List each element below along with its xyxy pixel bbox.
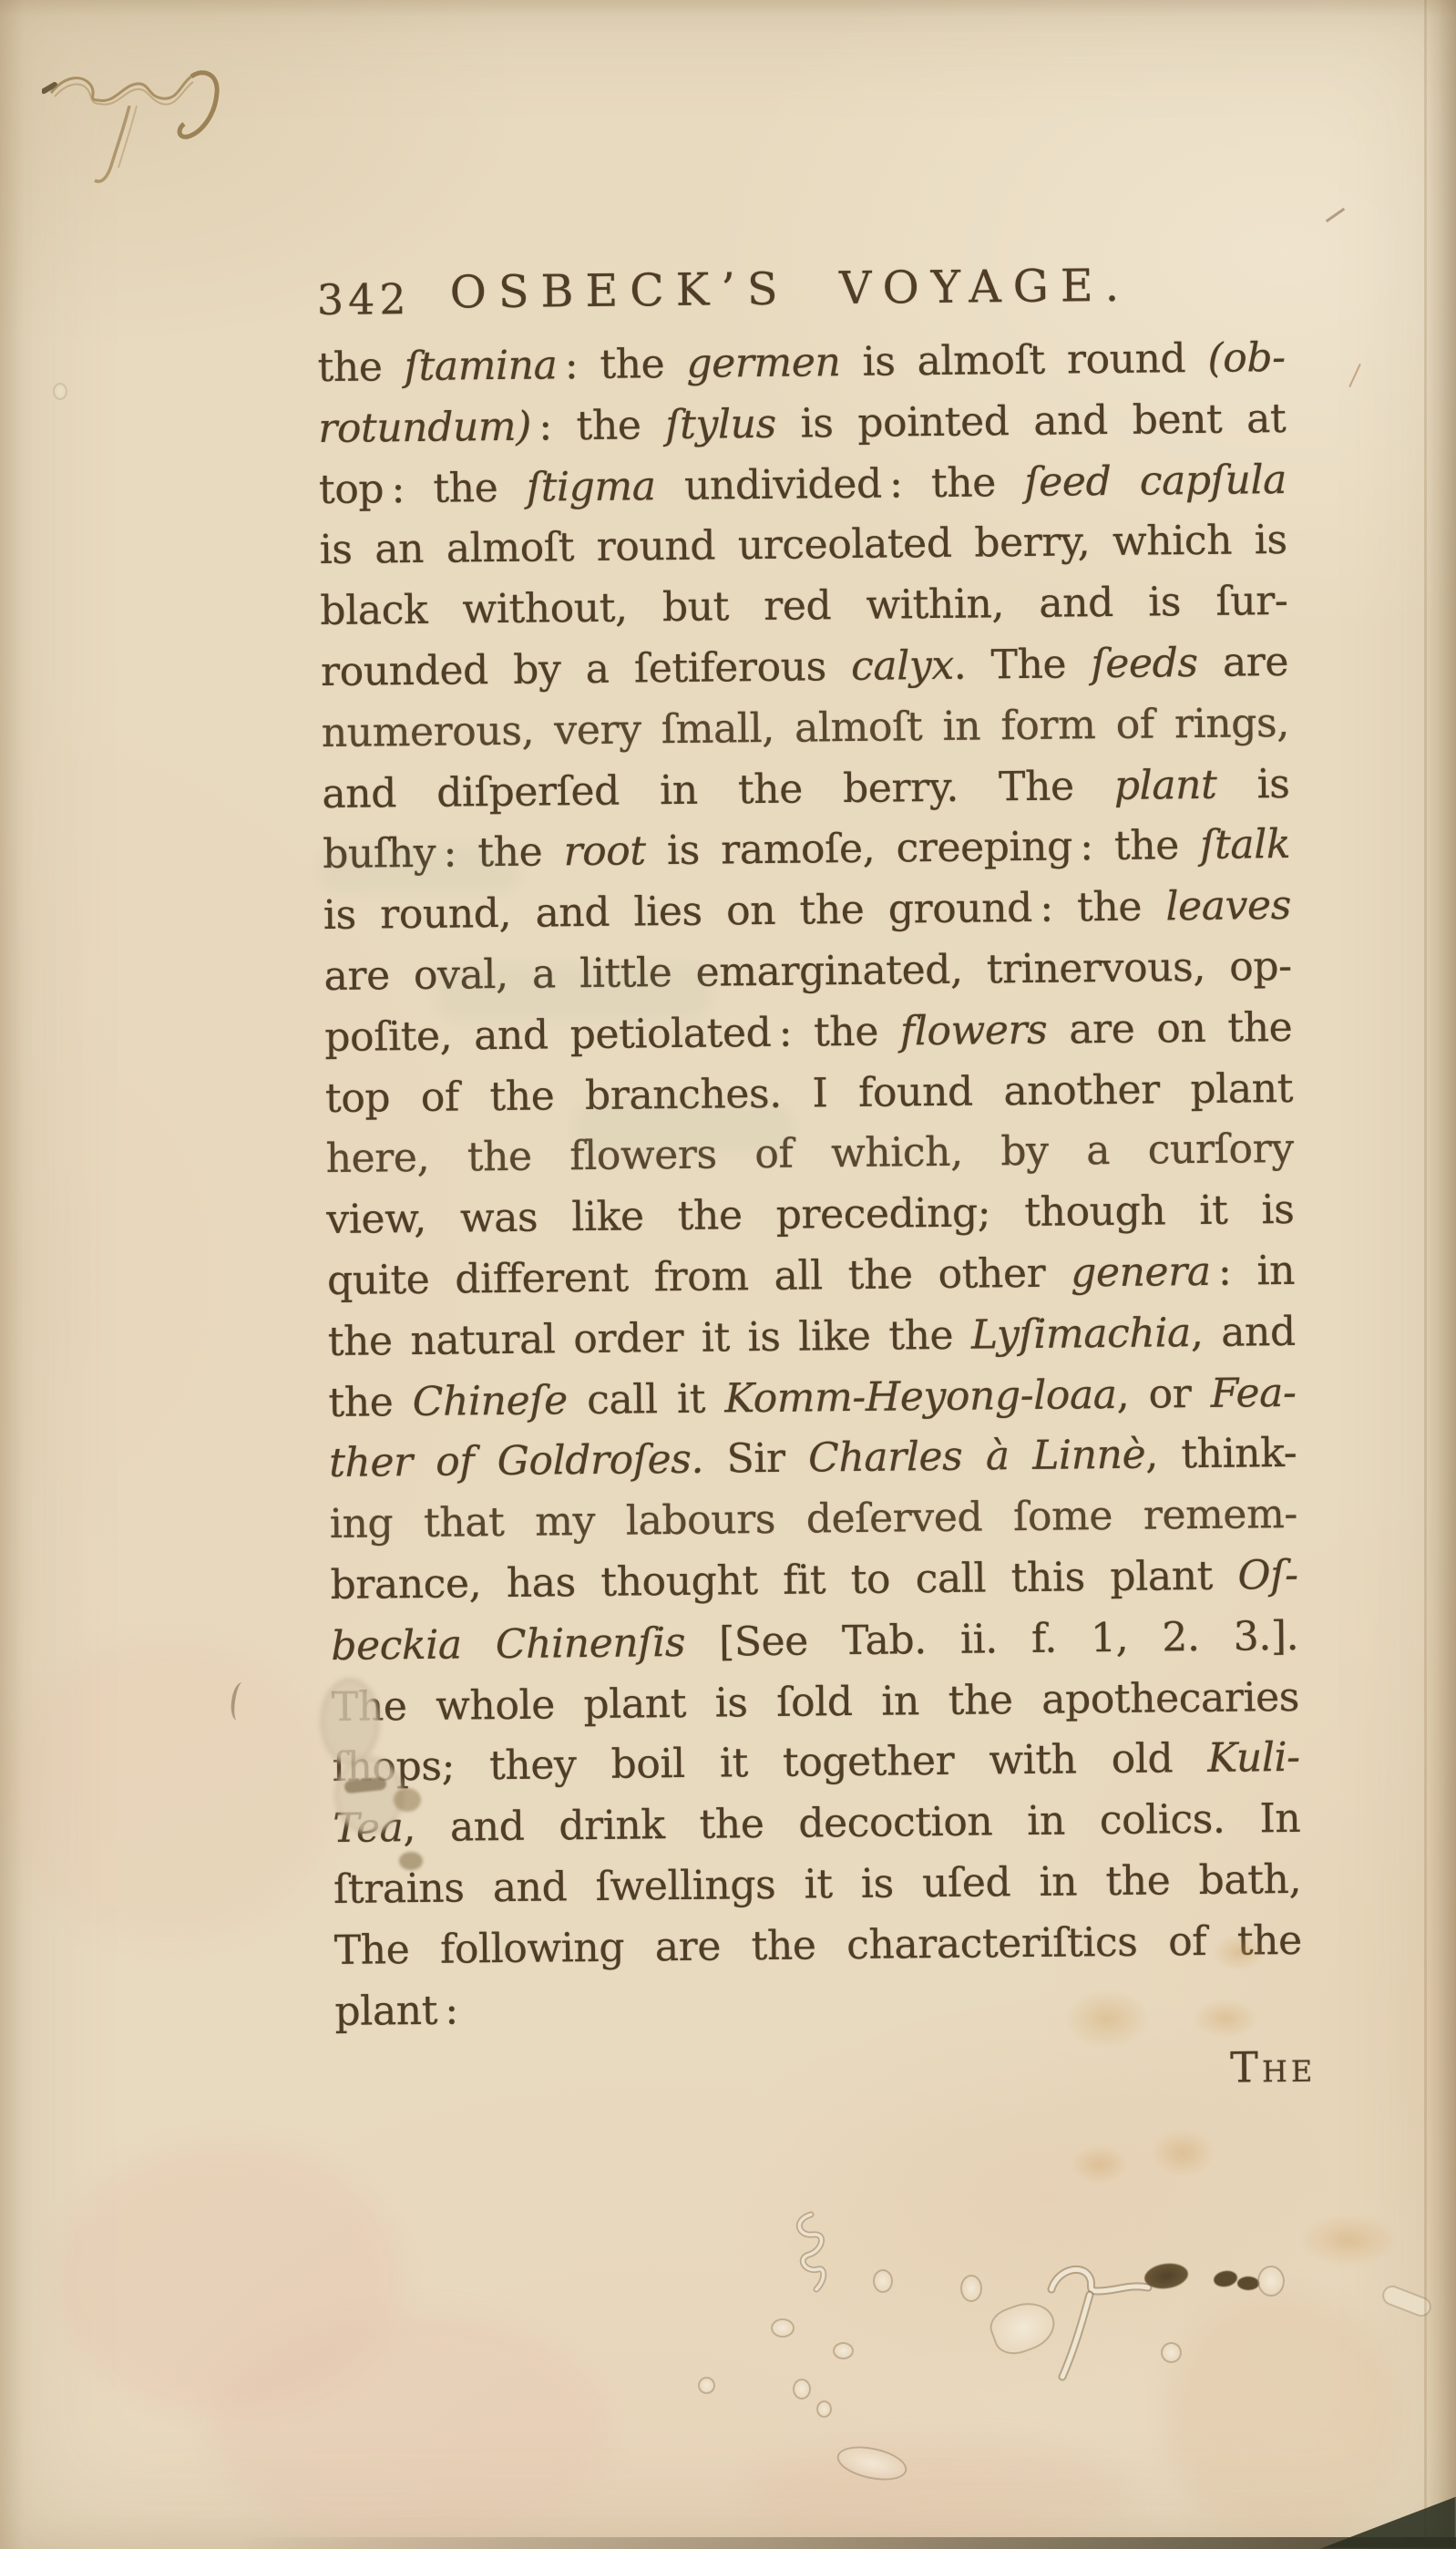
text-line: rounded by a ſetiferous calyx. The ſeeds… bbox=[321, 632, 1289, 704]
worm-track-ring bbox=[771, 2318, 795, 2338]
text-line: ing that my labours deſerved ſome remem- bbox=[330, 1485, 1298, 1556]
bleedthrough-ghost bbox=[437, 966, 711, 1019]
text-line: rotundum) : the ſtylus is pointed and be… bbox=[318, 389, 1287, 460]
text-line: ſhops; they boil it together with old Ku… bbox=[332, 1728, 1300, 1799]
text-line: beckia Chinenſis [See Tab. ii. f. 1, 2. … bbox=[331, 1607, 1299, 1678]
foxing-stain bbox=[1203, 1927, 1276, 1978]
text-line: numerous, very ſmall, almoſt in form of … bbox=[321, 694, 1289, 765]
foxing-stain bbox=[1059, 2137, 1141, 2192]
text-line: The following are the characteriſtics of… bbox=[333, 1911, 1302, 1982]
text-line: and diſperſed in the berry. The plant is bbox=[322, 754, 1290, 825]
text-line: Tea, and drink the decoction in colics. … bbox=[333, 1789, 1301, 1860]
foxing-stain bbox=[1180, 1991, 1271, 2046]
ink-smear bbox=[399, 1852, 423, 1870]
scanned-book-page: 342 OSBECK’S VOYAGE. the ſtamina : the g… bbox=[0, 0, 1456, 2549]
foxing-stain bbox=[1137, 2119, 1228, 2187]
foxing-stain bbox=[1048, 1978, 1166, 2060]
text-line: here, the flowers of which, by a curſory bbox=[325, 1119, 1294, 1190]
worm-track bbox=[780, 2209, 838, 2300]
body-text: the ſtamina : the germen is almoſt round… bbox=[317, 328, 1303, 2042]
stray-hair-mark bbox=[1348, 364, 1361, 387]
worm-track-ring bbox=[698, 2377, 715, 2394]
text-line: quite different from all the other gener… bbox=[327, 1241, 1296, 1312]
page-edge-shadow bbox=[0, 0, 24, 2549]
damp-stain bbox=[747, 2442, 1130, 2547]
page-bottom-shadow bbox=[237, 2537, 1456, 2549]
paper-smudge bbox=[335, 1757, 403, 1834]
page-edge-shadow bbox=[0, 0, 1456, 16]
foxing-stain bbox=[1280, 2204, 1417, 2277]
text-line: ther of Goldroſes. Sir Charles à Linnè, … bbox=[329, 1424, 1297, 1495]
worm-track-ring bbox=[1257, 2266, 1285, 2297]
text-line: brance, has thought fit to call this pla… bbox=[330, 1546, 1298, 1617]
text-line: top : the ſtigma undivided : the ſeed ca… bbox=[319, 450, 1287, 521]
running-title: OSBECK’S VOYAGE. bbox=[449, 260, 1131, 319]
worm-track-ring bbox=[793, 2379, 811, 2400]
bleedthrough-ghost bbox=[319, 848, 519, 891]
worm-track-ring bbox=[960, 2275, 982, 2302]
page-edge-shadow bbox=[1423, 0, 1456, 2549]
ink-smear bbox=[394, 1788, 421, 1812]
worm-track-ring bbox=[53, 383, 67, 400]
ink-spot bbox=[1237, 2277, 1259, 2290]
worm-track-ring bbox=[873, 2269, 893, 2293]
damp-stain bbox=[1166, 2297, 1403, 2543]
text-line: The whole plant is ſold in the apothecar… bbox=[332, 1667, 1300, 1738]
damp-stain bbox=[0, 1640, 337, 1941]
text-line: ſtrains and ſwellings it is uſed in the … bbox=[333, 1850, 1302, 1921]
ink-squiggle-stain bbox=[42, 47, 251, 193]
paper-smudge bbox=[321, 1679, 379, 1764]
catchword: The bbox=[1230, 2042, 1317, 2092]
text-line: the natural order it is like the Lyſimac… bbox=[327, 1302, 1296, 1373]
bleedthrough-ghost bbox=[574, 1105, 793, 1152]
text-line: top of the branches. I found another pla… bbox=[325, 1058, 1294, 1129]
text-line: the ſtamina : the germen is almoſt round… bbox=[317, 328, 1286, 399]
worm-track-ring bbox=[816, 2400, 832, 2418]
text-line: black without, but red within, and is ſu… bbox=[320, 571, 1288, 642]
stray-ink-mark bbox=[1326, 208, 1345, 222]
text-line: the Chineſe call it Komm-Heyong-loaa, or… bbox=[328, 1362, 1297, 1434]
damp-stain bbox=[210, 2315, 610, 2543]
worm-track-ring bbox=[833, 2342, 854, 2359]
page-header: 342 OSBECK’S VOYAGE. bbox=[316, 258, 1285, 324]
page-number: 342 bbox=[317, 274, 411, 324]
page-edge-line bbox=[1424, 0, 1427, 2549]
text-line: view, was like the preceding; though it … bbox=[326, 1180, 1295, 1251]
text-line: is an almoſt round urceolated berry, whi… bbox=[319, 510, 1287, 581]
